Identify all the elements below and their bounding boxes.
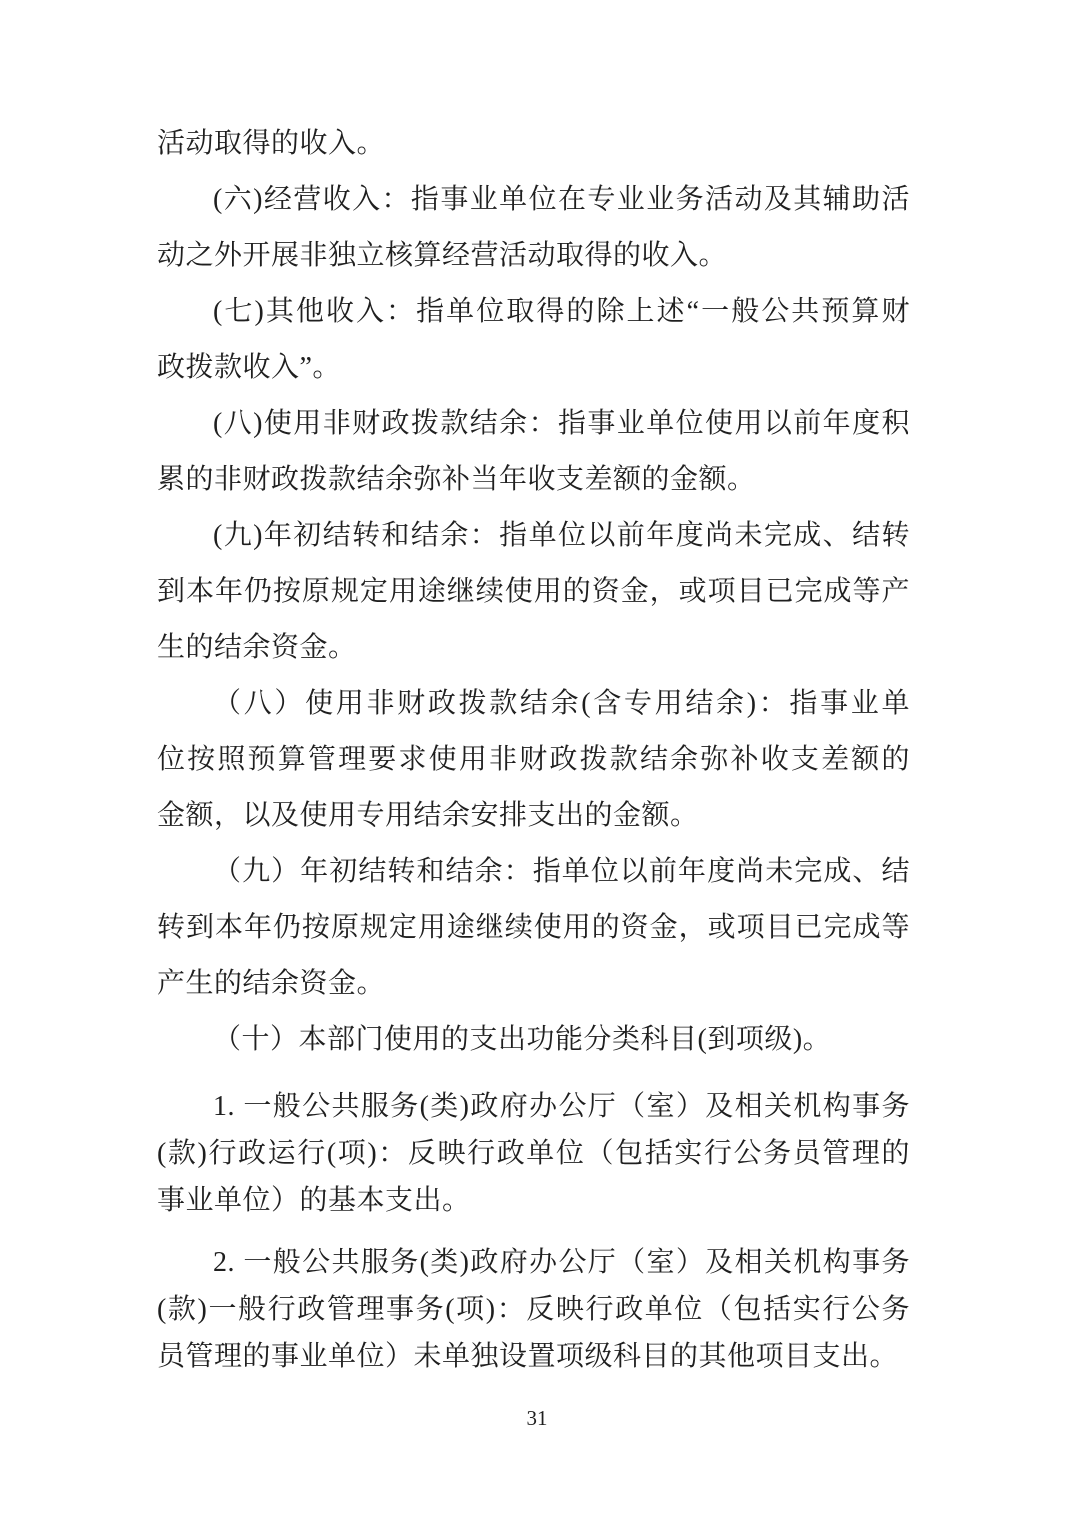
text-line: 累的非财政拨款结余弥补当年收支差额的金额。 (157, 452, 910, 508)
text-line: 位按照预算管理要求使用非财政拨款结余弥补收支差额的 (157, 732, 910, 788)
text-line: 政拨款收入”。 (157, 340, 910, 396)
text-line: 活动取得的收入。 (157, 116, 910, 172)
text-line: (九)年初结转和结余：指单位以前年度尚未完成、结转 (157, 508, 910, 564)
text-line: 1. 一般公共服务(类)政府办公厅（室）及相关机构事务 (157, 1083, 910, 1130)
paragraph: 活动取得的收入。 (157, 116, 910, 172)
text-line: (八)使用非财政拨款结余：指事业单位使用以前年度积 (157, 396, 910, 452)
document-body: 活动取得的收入。(六)经营收入：指事业单位在专业业务活动及其辅助活动之外开展非独… (157, 116, 910, 1380)
text-line: (款)行政运行(项)：反映行政单位（包括实行公务员管理的 (157, 1130, 910, 1177)
paragraph: (七)其他收入：指单位取得的除上述“一般公共预算财政拨款收入”。 (157, 284, 910, 396)
text-line: 动之外开展非独立核算经营活动取得的收入。 (157, 228, 910, 284)
text-line: （八）使用非财政拨款结余(含专用结余)：指事业单 (157, 676, 910, 732)
text-line: (六)经营收入：指事业单位在专业业务活动及其辅助活 (157, 172, 910, 228)
text-line: 员管理的事业单位）未单独设置项级科目的其他项目支出。 (157, 1333, 910, 1380)
text-line: （十）本部门使用的支出功能分类科目(到项级)。 (157, 1012, 910, 1068)
text-line: 到本年仍按原规定用途继续使用的资金，或项目已完成等产 (157, 564, 910, 620)
page-number: 31 (0, 1404, 1074, 1432)
text-line: 产生的结余资金。 (157, 956, 910, 1012)
text-line: 生的结余资金。 (157, 620, 910, 676)
paragraph: 2. 一般公共服务(类)政府办公厅（室）及相关机构事务(款)一般行政管理事务(项… (157, 1239, 910, 1380)
paragraph: (八)使用非财政拨款结余：指事业单位使用以前年度积累的非财政拨款结余弥补当年收支… (157, 396, 910, 508)
paragraph: (六)经营收入：指事业单位在专业业务活动及其辅助活动之外开展非独立核算经营活动取… (157, 172, 910, 284)
text-line: 金额，以及使用专用结余安排支出的金额。 (157, 788, 910, 844)
text-line: 2. 一般公共服务(类)政府办公厅（室）及相关机构事务 (157, 1239, 910, 1286)
text-line: (七)其他收入：指单位取得的除上述“一般公共预算财 (157, 284, 910, 340)
text-line: (款)一般行政管理事务(项)：反映行政单位（包括实行公务 (157, 1286, 910, 1333)
paragraph: （八）使用非财政拨款结余(含专用结余)：指事业单位按照预算管理要求使用非财政拨款… (157, 676, 910, 844)
text-line: （九）年初结转和结余：指单位以前年度尚未完成、结 (157, 844, 910, 900)
document-page: { "colors": { "background": "#ffffff", "… (0, 0, 1074, 1520)
text-line: 事业单位）的基本支出。 (157, 1177, 910, 1224)
paragraph: （九）年初结转和结余：指单位以前年度尚未完成、结转到本年仍按原规定用途继续使用的… (157, 844, 910, 1012)
paragraph: (九)年初结转和结余：指单位以前年度尚未完成、结转到本年仍按原规定用途继续使用的… (157, 508, 910, 676)
text-line: 转到本年仍按原规定用途继续使用的资金，或项目已完成等 (157, 900, 910, 956)
paragraph: 1. 一般公共服务(类)政府办公厅（室）及相关机构事务(款)行政运行(项)：反映… (157, 1083, 910, 1224)
paragraph: （十）本部门使用的支出功能分类科目(到项级)。 (157, 1012, 910, 1068)
